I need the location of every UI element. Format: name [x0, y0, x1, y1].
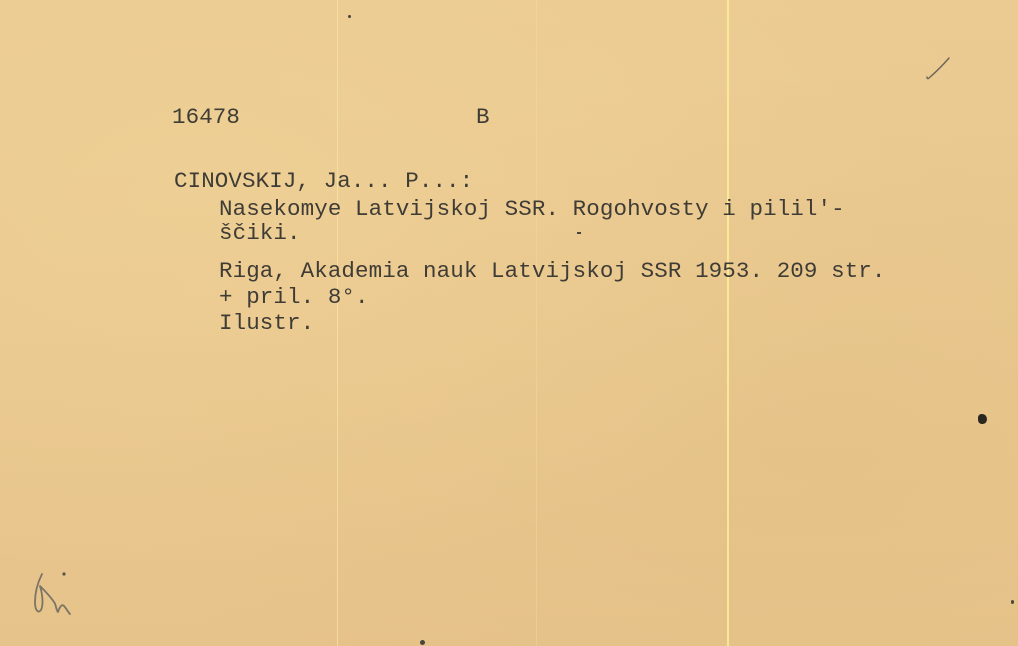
paper-speck: [420, 640, 425, 645]
paper-speck: [348, 15, 351, 18]
paper-fold-line: [536, 0, 537, 646]
pencil-check-mark-icon: [925, 56, 951, 82]
paper-speck: [577, 232, 581, 234]
author-heading: CINOVSKIJ, Ja... P...:: [174, 170, 473, 193]
catalog-card: 16478 B CINOVSKIJ, Ja... P...: Nasekomye…: [0, 0, 1018, 646]
handwritten-pencil-note: [30, 570, 74, 622]
publication-line: Riga, Akademia nauk Latvijskoj SSR 1953.…: [219, 260, 886, 283]
paper-speck: [1011, 600, 1014, 604]
paper-fold-line: [727, 0, 729, 646]
publication-line: + pril. 8°.: [219, 286, 369, 309]
title-line: ščiki.: [219, 222, 301, 245]
paper-fold-line: [337, 0, 338, 646]
classification-mark: B: [476, 106, 490, 129]
publication-line: Ilustr.: [219, 312, 314, 335]
accession-number: 16478: [172, 106, 240, 129]
ink-blot: [978, 414, 987, 424]
title-line: Nasekomye Latvijskoj SSR. Rogohvosty i p…: [219, 198, 845, 221]
